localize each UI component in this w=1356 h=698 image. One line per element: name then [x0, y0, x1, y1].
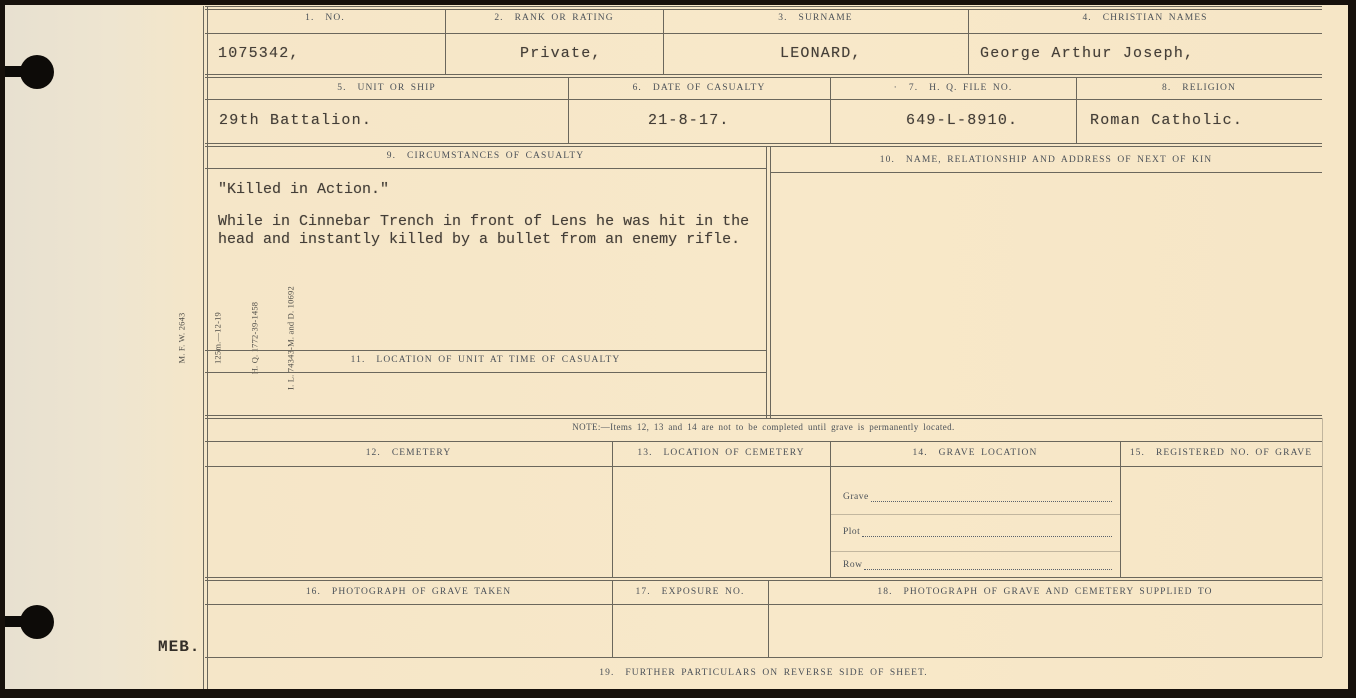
- imprint-line: M. F. W. 2643: [176, 281, 188, 396]
- scan-border-top: [0, 0, 1356, 5]
- scan-border-left: [0, 0, 5, 698]
- field-label-religion: 8. RELIGION: [1076, 83, 1322, 93]
- grave-field: Grave: [843, 492, 1112, 502]
- scan-border-bottom: [0, 689, 1356, 698]
- rule-line: [205, 580, 1322, 581]
- rule-line: [205, 74, 1322, 75]
- rule-line: [205, 657, 1322, 658]
- rule-line: [830, 441, 831, 577]
- rule-line: [1322, 418, 1323, 657]
- rule-line: [770, 146, 771, 418]
- hole-punch-bottom-icon: [20, 605, 54, 639]
- value-no: 1075342,: [218, 45, 300, 62]
- grave-field-label: Grave: [843, 492, 869, 502]
- value-circumstances-quote: "Killed in Action.": [218, 181, 389, 198]
- rule-line: [205, 350, 766, 351]
- value-circumstances-detail: While in Cinnebar Trench in front of Len…: [218, 213, 770, 249]
- rule-line: [770, 172, 1322, 173]
- field-label-next-of-kin: 10. NAME, RELATIONSHIP AND ADDRESS OF NE…: [770, 155, 1322, 165]
- field-label-cemetery: 12. CEMETERY: [205, 448, 612, 458]
- rule-line: [1120, 441, 1121, 577]
- field-label-rank: 2. RANK OR RATING: [445, 13, 663, 23]
- rule-line: [205, 9, 1322, 10]
- plot-field: Plot: [843, 527, 1112, 537]
- rule-line: [205, 418, 1322, 419]
- hole-punch-top-icon: [20, 55, 54, 89]
- rule-line: [205, 372, 766, 373]
- value-surname: LEONARD,: [780, 45, 862, 62]
- rule-line: [612, 441, 613, 577]
- imprint-line: I. L. 74343-M. and D. 10692: [284, 281, 296, 396]
- row-field: Row: [843, 560, 1112, 570]
- rule-line: [205, 146, 1322, 147]
- value-christian-names: George Arthur Joseph,: [980, 45, 1194, 62]
- field-label-photo-taken: 16. PHOTOGRAPH OF GRAVE TAKEN: [205, 587, 612, 597]
- field-label-unit-location: 11. LOCATION OF UNIT AT TIME OF CASUALTY: [205, 355, 766, 365]
- rule-line: [830, 514, 1120, 515]
- field-label-surname: 3. SURNAME: [663, 13, 968, 23]
- field-label-grave-location: 14. GRAVE LOCATION: [830, 448, 1120, 458]
- value-date-of-casualty: 21-8-17.: [648, 112, 730, 129]
- value-hq-file-no: 649-L-8910.: [906, 112, 1018, 129]
- row-field-label: Row: [843, 560, 862, 570]
- rule-line: [205, 77, 1322, 78]
- form-imprint: M. F. W. 2643 125m.—12-19 H. Q. 1772-39-…: [152, 281, 200, 396]
- dotted-rule: [864, 560, 1112, 570]
- rule-line: [205, 143, 1322, 144]
- rule-line: [205, 604, 1322, 605]
- rule-line: [205, 441, 1322, 442]
- imprint-line: H. Q. 1772-39-1458: [248, 281, 260, 396]
- clerk-initials: MEB.: [158, 638, 200, 656]
- rule-line: [205, 168, 766, 169]
- rule-line: [203, 6, 204, 690]
- field-label-no: 1. NO.: [205, 13, 445, 23]
- rule-line: [205, 33, 1322, 34]
- field-label-registered-no: 15. REGISTERED NO. OF GRAVE: [1120, 448, 1322, 458]
- field-label-exposure-no: 17. EXPOSURE NO.: [612, 587, 768, 597]
- rule-line: [205, 6, 1322, 7]
- rule-line: [830, 551, 1120, 552]
- rule-line: [205, 577, 1322, 578]
- field-label-cemetery-location: 13. LOCATION OF CEMETERY: [612, 448, 830, 458]
- rule-line: [205, 466, 1322, 467]
- rule-line: [205, 99, 1322, 100]
- field-label-unit: 5. UNIT OR SHIP: [205, 83, 568, 93]
- imprint-line: 125m.—12-19: [212, 281, 224, 396]
- note-text: NOTE:—Items 12, 13 and 14 are not to be …: [205, 422, 1322, 432]
- rule-line: [205, 415, 1322, 416]
- field-label-further-particulars: 19. FURTHER PARTICULARS ON REVERSE SIDE …: [205, 668, 1322, 678]
- scan-border-right: [1348, 0, 1356, 698]
- dotted-rule: [862, 527, 1112, 537]
- plot-field-label: Plot: [843, 527, 860, 537]
- value-religion: Roman Catholic.: [1090, 112, 1243, 129]
- rule-line: [766, 146, 767, 418]
- value-unit: 29th Battalion.: [219, 112, 372, 129]
- document-page: M. F. W. 2643 125m.—12-19 H. Q. 1772-39-…: [0, 0, 1356, 698]
- field-label-christian-names: 4. CHRISTIAN NAMES: [968, 13, 1322, 23]
- dotted-rule: [871, 492, 1112, 502]
- field-label-date-of-casualty: 6. DATE OF CASUALTY: [568, 83, 830, 93]
- field-label-photo-supplied: 18. PHOTOGRAPH OF GRAVE AND CEMETERY SUP…: [768, 587, 1322, 597]
- value-rank: Private,: [520, 45, 602, 62]
- field-label-circumstances: 9. CIRCUMSTANCES OF CASUALTY: [205, 151, 766, 161]
- field-label-hq-file-no: · 7. H. Q. FILE NO.: [830, 83, 1076, 93]
